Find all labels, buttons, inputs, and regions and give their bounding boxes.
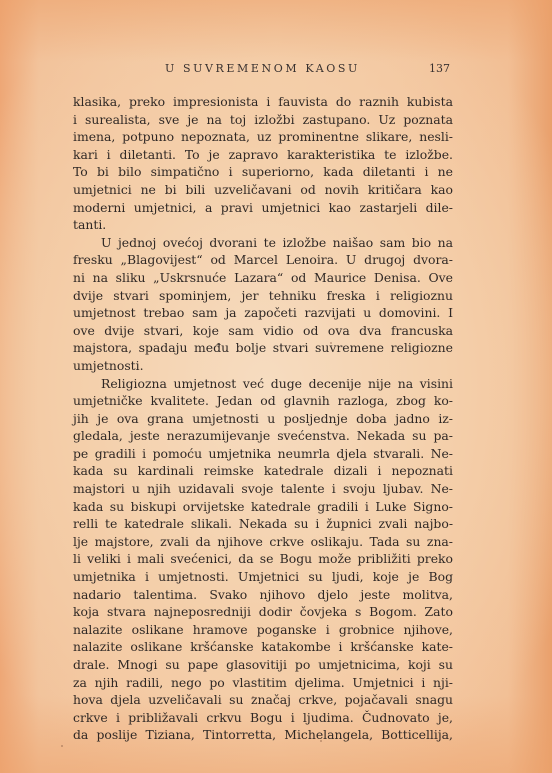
text-line: nadario talentima. Svako njihovo djelo j…	[73, 586, 453, 604]
text-line: umjetnosti.	[73, 357, 453, 375]
text-line: gledala, jeste nerazumijevanje svećenstv…	[73, 427, 453, 445]
text-line: klasika, preko impresionista i fauvista …	[73, 93, 453, 111]
text-line: da poslije Tiziana, Tintorretta, Michela…	[73, 726, 453, 744]
text-line: koja stvara najneposredniji dodir čovjek…	[73, 603, 453, 621]
text-line: nalazite oslikane hramove poganske i gro…	[73, 621, 453, 639]
text-line: umjetničke kvalitete. Jedan od glavnih r…	[73, 392, 453, 410]
text-line: ove dvije stvari, koje sam vidio od ova …	[73, 322, 453, 340]
text-line: umjetnici ne bi bili uzveličavani od nov…	[73, 181, 453, 199]
text-line: li veliki i mali svećenici, da se Bogu m…	[73, 550, 453, 568]
text-line: fresku „Blagovijest“ od Marcel Lenoira. …	[73, 251, 453, 269]
text-line: Religiozna umjetnost već duge decenije n…	[73, 375, 453, 393]
book-page: U SUVREMENOM KAOSU 137 klasika, preko im…	[0, 0, 552, 773]
text-line: nalazite oslikane kršćanske katakombe i …	[73, 638, 453, 656]
text-line: crkve i približavali crkvu Bogu i ljudim…	[73, 709, 453, 727]
text-line: za njih radili, nego po vlastitim djelim…	[73, 674, 453, 692]
text-line: kada su biskupi orvijetske katedrale gra…	[73, 498, 453, 516]
text-line: tanti.	[73, 216, 453, 234]
text-line: jih je ova grana umjetnosti u posljednje…	[73, 410, 453, 428]
text-line: kada su kardinali reimske katedrale diza…	[73, 462, 453, 480]
text-line: relli te katedrale slikali. Nekada su i …	[73, 515, 453, 533]
text-line: majstori u njih uzidavali svoje talente …	[73, 480, 453, 498]
text-line: To bi bilo simpatično i superiorno, kada…	[73, 163, 453, 181]
paper-speck	[61, 745, 63, 747]
text-line: U jednoj ovećoj dvorani te izložbe naiša…	[73, 234, 453, 252]
text-line: umjetnost trebao sam ja započeti razvija…	[73, 304, 453, 322]
text-line: umjetnika i umjetnosti. Umjetnici su lju…	[73, 568, 453, 586]
running-head: U SUVREMENOM KAOSU 137	[73, 62, 453, 78]
page-number: 137	[429, 62, 450, 75]
text-line: dvije stvari spominjem, jer tehniku fres…	[73, 287, 453, 305]
text-line: moderni umjetnici, a pravi umjetnici kao…	[73, 199, 453, 217]
body-text: klasika, preko impresionista i fauvista …	[73, 93, 453, 744]
text-line: ni na sliku „Uskrsnuće Lazara“ od Mauric…	[73, 269, 453, 287]
text-line: imena, potpuno nepoznata, uz prominentne…	[73, 128, 453, 146]
text-line: majstora, spadaju među bolje stvari suvr…	[73, 339, 453, 357]
text-line: drale. Mnogi su pape glasovitiji po umje…	[73, 656, 453, 674]
text-line: i surealista, sve je na toj izložbi zast…	[73, 111, 453, 129]
text-line: pe gradili i pomoću umjetnika neumrla dj…	[73, 445, 453, 463]
text-line: hova djela uzveličavali su značaj crkve,…	[73, 691, 453, 709]
text-line: lje majstore, zvali da njihove crkve osl…	[73, 533, 453, 551]
text-line: kari i diletanti. To je zapravo karakter…	[73, 146, 453, 164]
running-title: U SUVREMENOM KAOSU	[165, 62, 360, 75]
